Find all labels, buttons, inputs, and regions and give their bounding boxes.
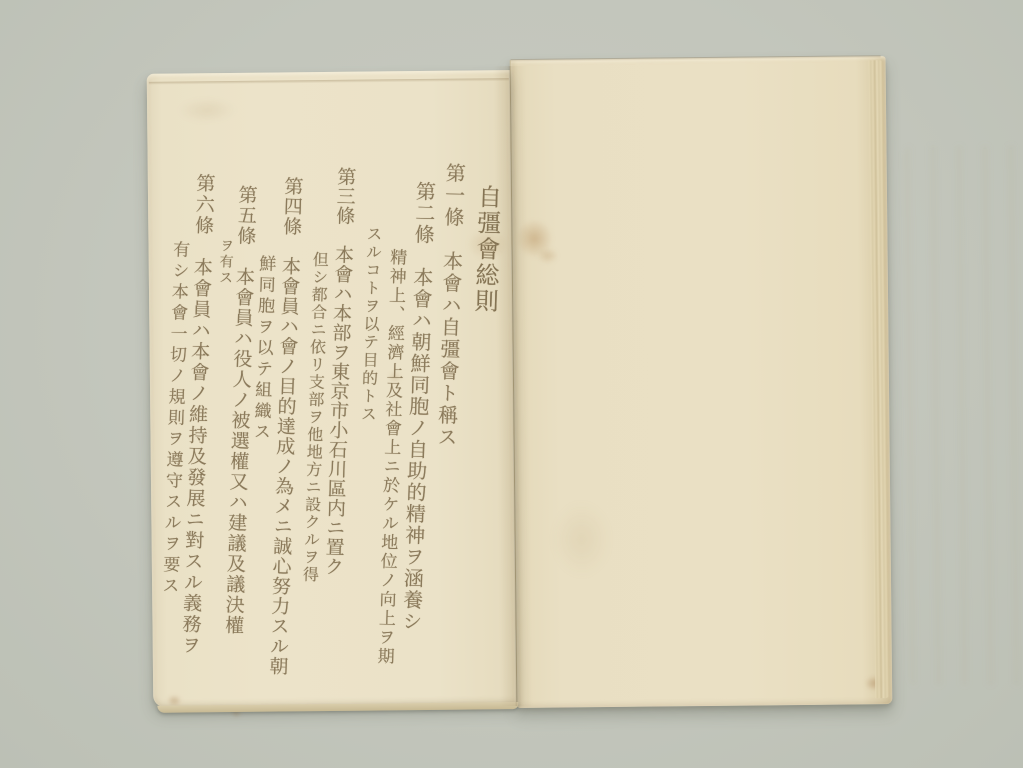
open-notebook: 自彊會総則 第一條 本會ハ自彊會ト稱ス 第二條 本會ハ朝鮮同胞ノ自助的精神ヲ涵養… [147,56,892,716]
manuscript-title: 自彊會総則 [466,184,505,315]
foxing-stain [167,696,181,706]
foxing-stain [177,97,237,124]
ink-show-through [904,143,1023,686]
foxing-stain [231,709,241,717]
photo-background: 自彊會総則 第一條 本會ハ自彊會ト稱ス 第二條 本會ハ朝鮮同胞ノ自助的精神ヲ涵養… [0,0,1023,768]
right-page [510,56,893,708]
manuscript-column-article-5-cont: ヲ有ス [214,238,235,287]
page-top-edge [149,78,509,85]
left-page: 自彊會総則 第一條 本會ハ自彊會ト稱ス 第二條 本會ハ朝鮮同胞ノ自助的精神ヲ涵養… [147,70,517,707]
